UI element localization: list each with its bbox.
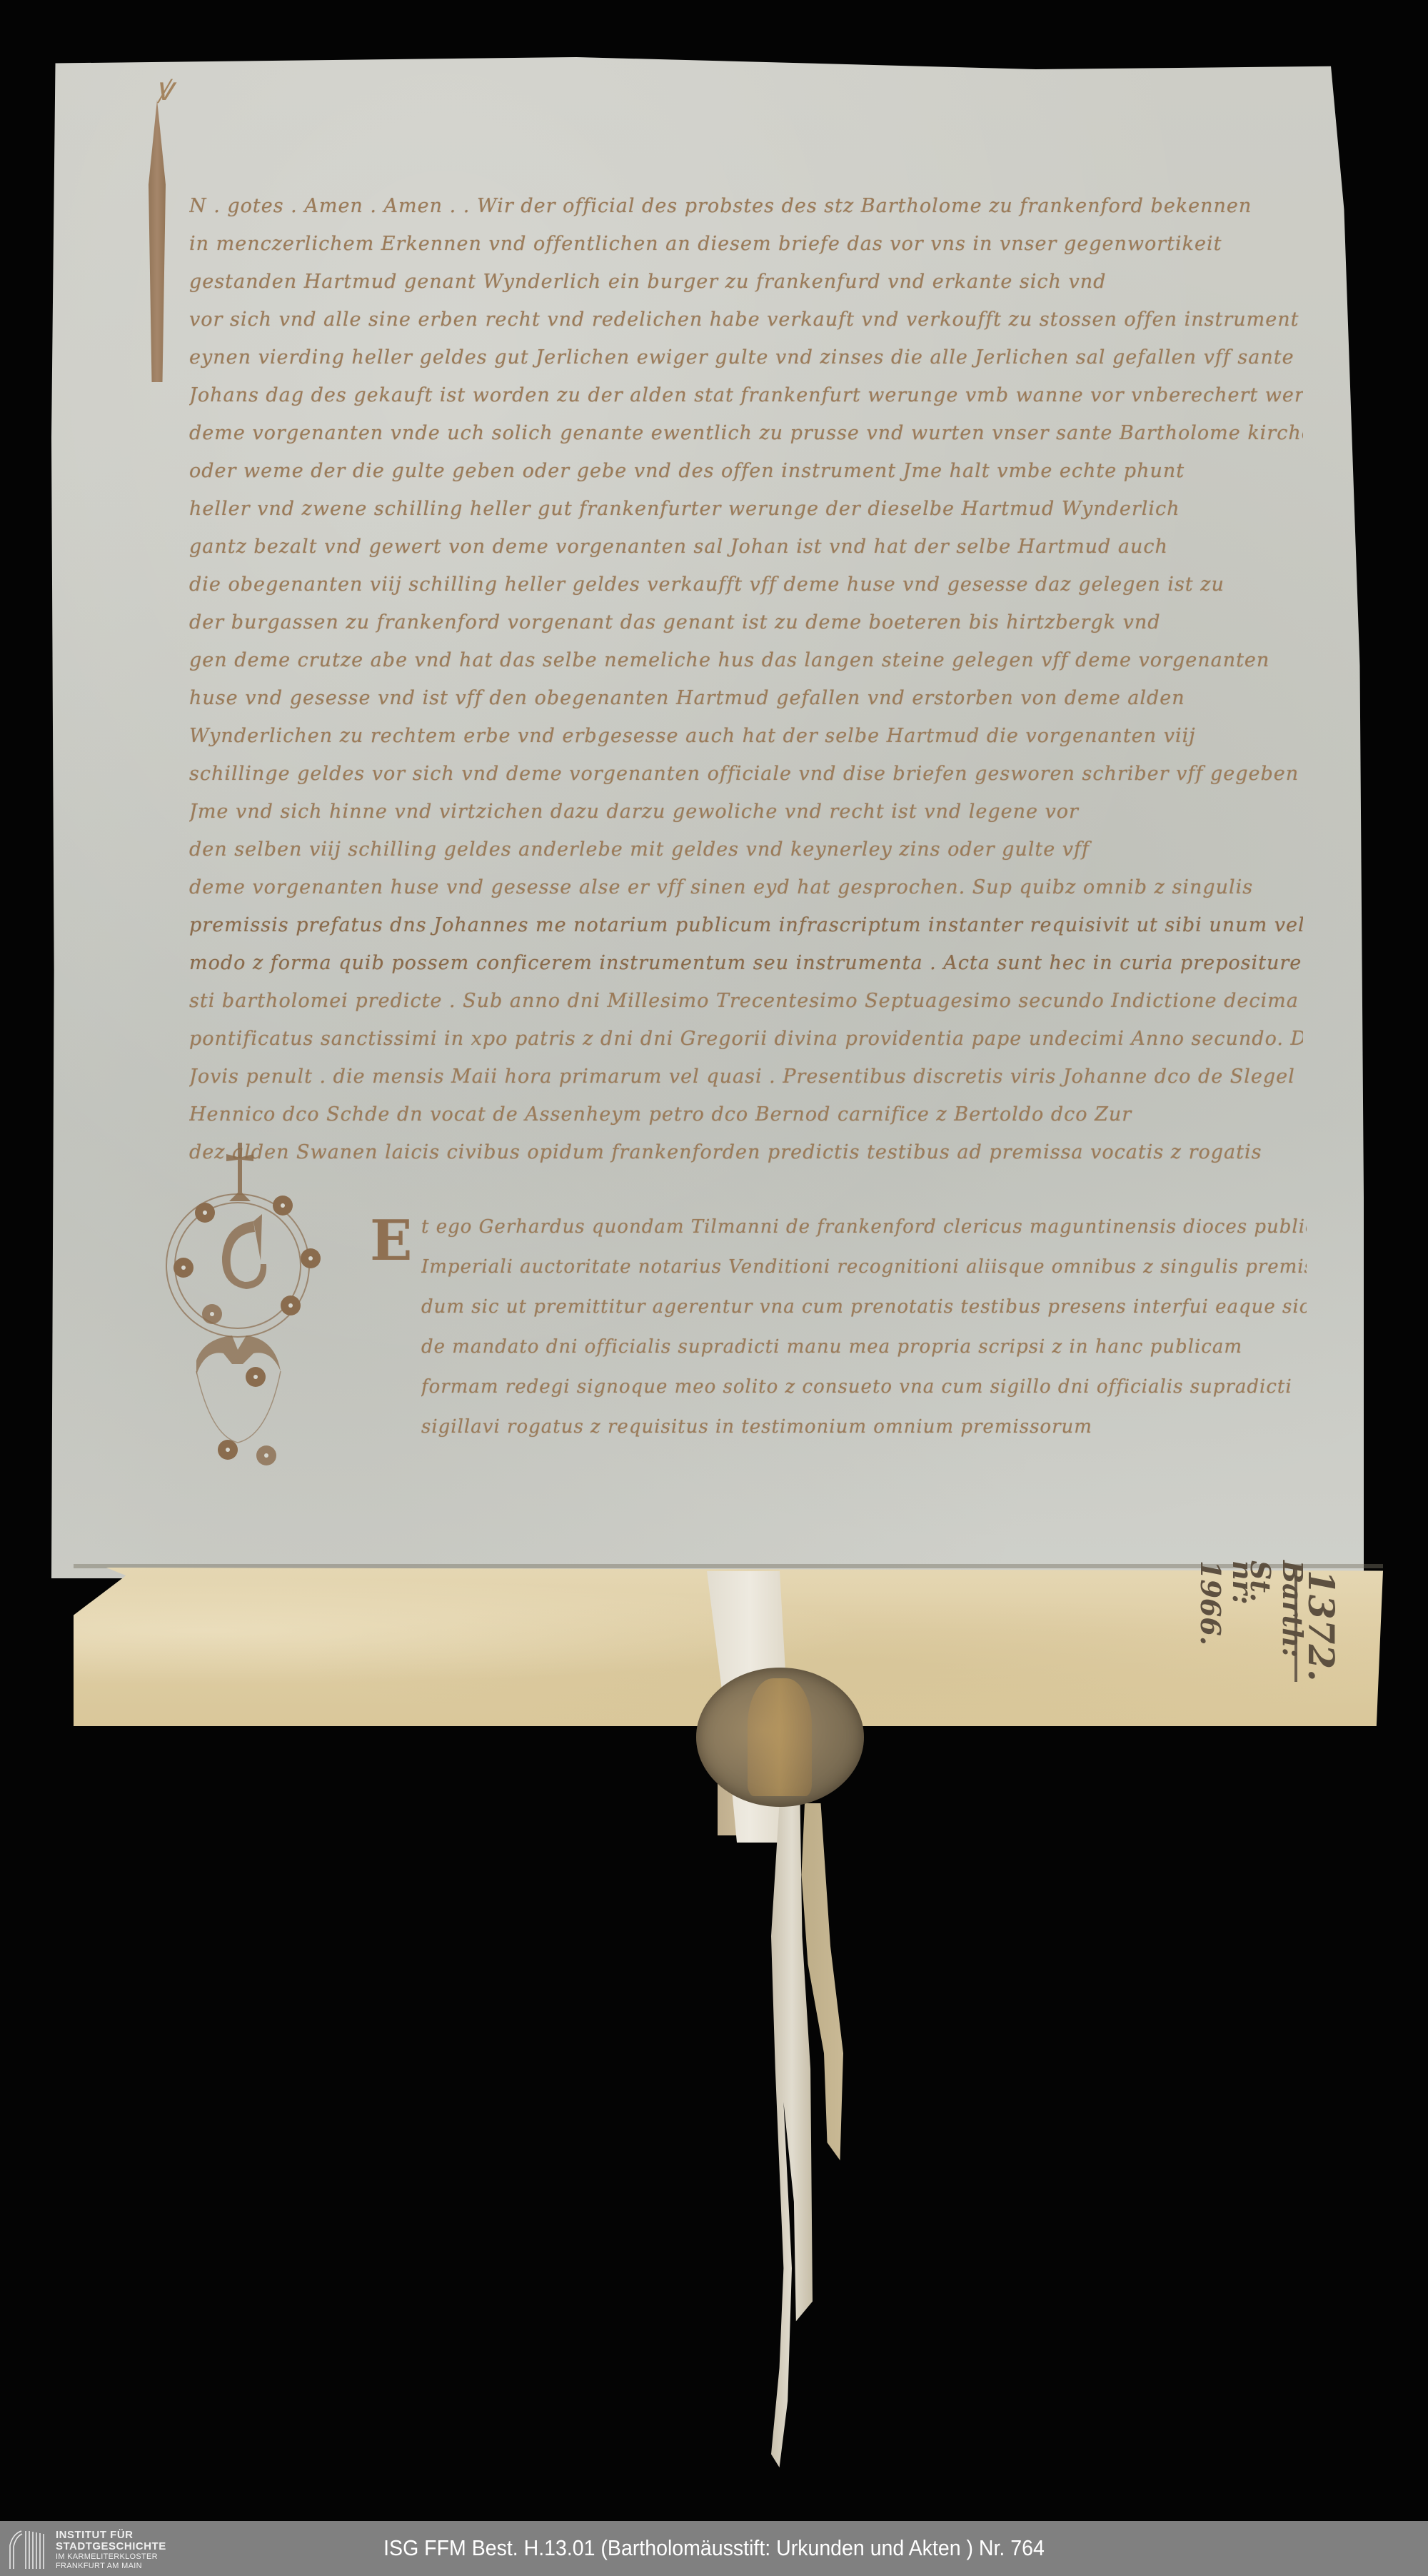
initial-flourish: ꝟ [156,66,172,110]
text-line: Imperiali auctoritate notarius Vendition… [421,1247,1307,1287]
text-line: Jme vnd sich hinne vnd virtzichen dazu d… [189,793,1303,831]
text-line: sti bartholomei predicte . Sub anno dni … [189,982,1303,1020]
text-line: modo z forma quib possem conficerem inst… [189,944,1303,982]
text-line: oder weme der die gulte geben oder gebe … [189,452,1303,490]
text-line: die obegenanten viij schilling heller ge… [189,566,1303,603]
text-line: gantz bezalt vnd gewert von deme vorgena… [189,528,1303,566]
text-line: vor sich vnd alle sine erben recht vnd r… [189,301,1303,339]
archive-reference-title: ISG FFM Best. H.13.01 (Bartholomäusstift… [57,2534,1371,2562]
text-line: gen deme crutze abe vnd hat das selbe ne… [189,641,1303,679]
text-line: heller vnd zwene schilling heller gut fr… [189,490,1303,528]
text-line: de mandato dni officialis supradicti man… [421,1327,1307,1367]
main-charter-text: N . gotes . Amen . Amen . . Wir der offi… [189,187,1303,1171]
notary-initial: E [370,1213,416,1270]
notary-subscription: t ego Gerhardus quondam Tilmanni de fran… [421,1207,1307,1447]
footer-bar: INSTITUT FÜR STADTGESCHICHTE IM KARMELIT… [0,2521,1428,2576]
text-line: deme vorgenanten vnde uch solich genante… [189,414,1303,452]
text-line: schillinge geldes vor sich vnd deme vorg… [189,755,1303,793]
text-line: Wynderlichen zu rechtem erbe vnd erbgese… [189,717,1303,755]
wax-seal [696,1668,864,1807]
text-line: in menczerlichem Erkennen vnd offentlich… [189,225,1303,263]
text-line: Jovis penult . die mensis Maii hora prim… [189,1058,1303,1096]
text-line: pontificatus sanctissimi in xpo patris z… [189,1020,1303,1058]
text-line: premissis prefatus dns Johannes me notar… [189,906,1303,944]
text-line: eynen vierding heller geldes gut Jerlich… [189,339,1303,376]
text-line: dum sic ut premittitur agerentur vna cum… [421,1287,1307,1327]
text-line: sigillavi rogatus z requisitus in testim… [421,1407,1307,1447]
text-line: huse vnd gesesse vnd ist vff den obegena… [189,679,1303,717]
text-line: t ego Gerhardus quondam Tilmanni de fran… [421,1207,1307,1247]
gothic-arch-icon [7,2530,47,2569]
logo-line: FRANKFURT AM MAIN [56,2562,166,2571]
fold-shadow [74,1564,1383,1568]
text-line: gestanden Hartmud genant Wynderlich ein … [189,263,1303,301]
text-line: der burgassen zu frankenford vorgenant d… [189,603,1303,641]
seal-impression [748,1678,812,1796]
text-line: deme vorgenanten huse vnd gesesse alse e… [189,868,1303,906]
text-line: formam redegi signoque meo solito z cons… [421,1367,1307,1407]
document-viewer: ꝟ N . gotes . Amen . Amen . . Wir der of… [0,0,1428,2521]
archive-label: 1372. Barth: St. nr: 1966. [1187,1545,1359,1695]
text-line: Hennico dco Schde dn vocat de Assenheym … [189,1096,1303,1133]
text-line: dez alden Swanen laicis civibus opidum f… [189,1133,1303,1171]
text-line: N . gotes . Amen . Amen . . Wir der offi… [189,187,1303,225]
text-line: Johans dag des gekauft ist worden zu der… [189,376,1303,414]
notary-sign-icon [154,1136,325,1471]
archive-number: nr: 1966. [1195,1560,1259,1695]
text-line: den selben viij schilling geldes anderle… [189,831,1303,868]
